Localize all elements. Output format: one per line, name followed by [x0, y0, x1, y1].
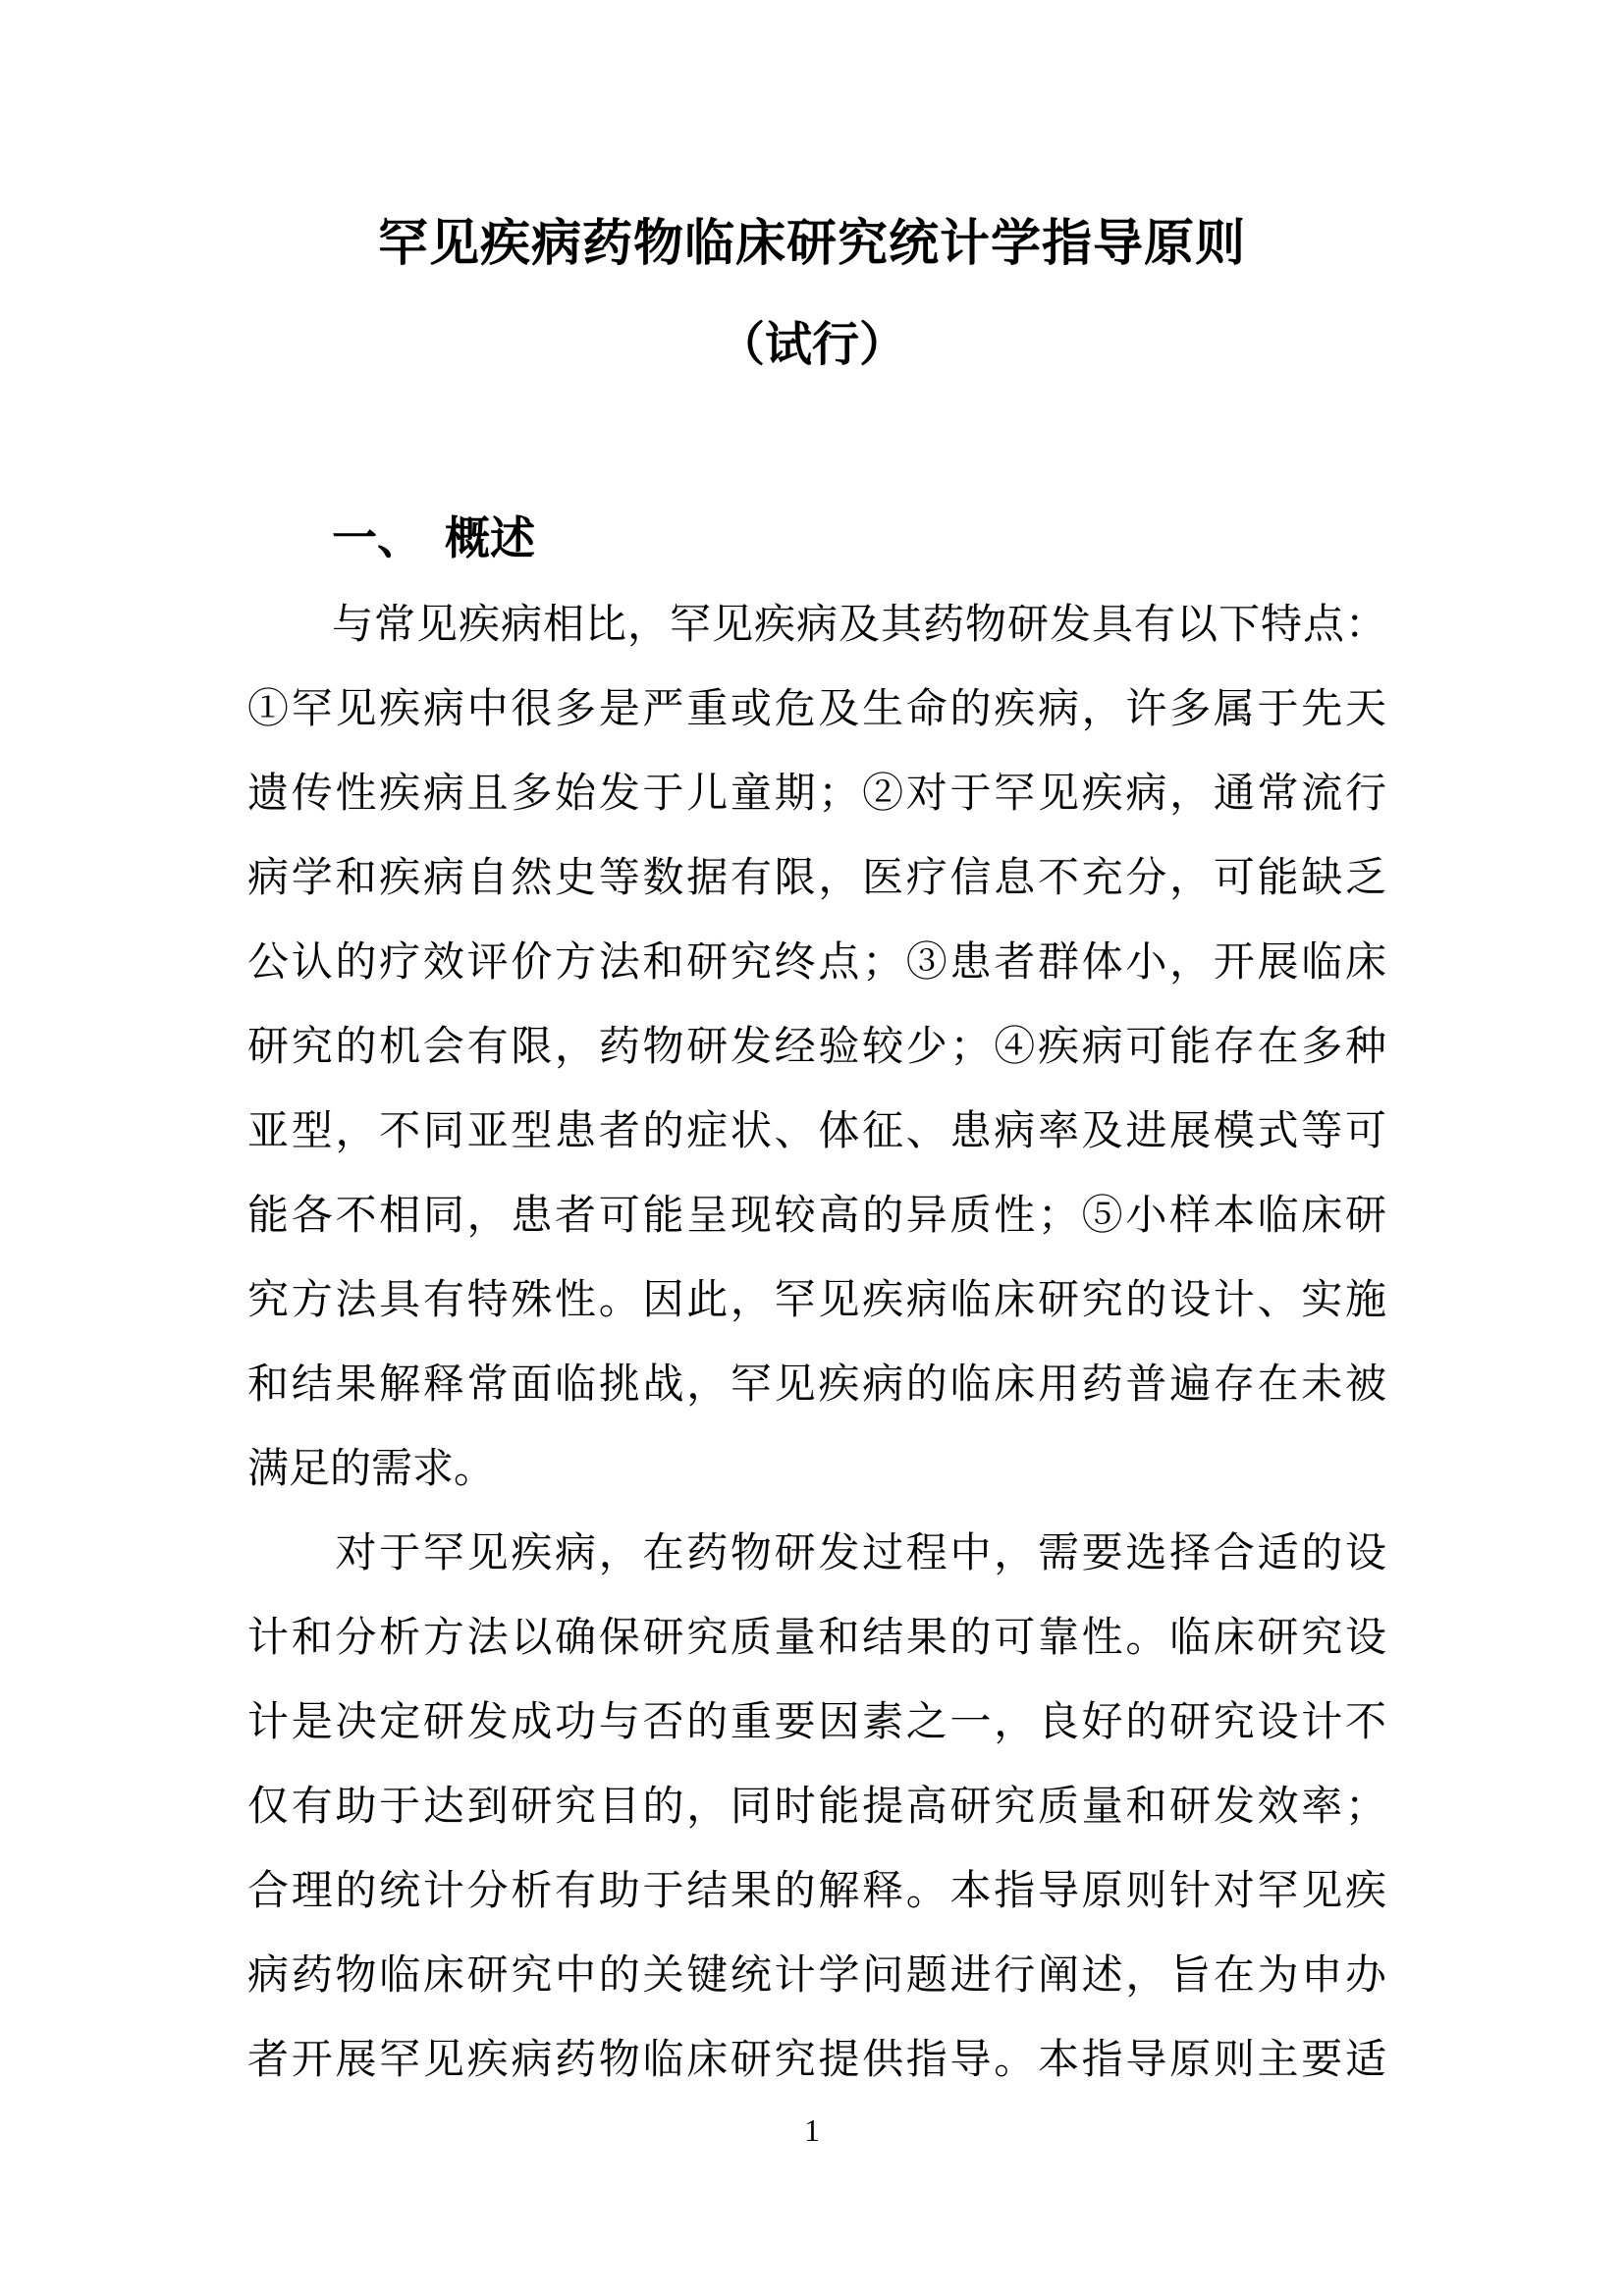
- text-line: 公认的疗效评价方法和研究终点；③患者群体小，开展临床: [247, 921, 1386, 1005]
- document-body: 一、 概述 与常见疾病相比，罕见疾病及其药物研发具有以下特点：①罕见疾病中很多是…: [247, 497, 1386, 2103]
- text-line: 计和分析方法以确保研究质量和结果的可靠性。临床研究设: [247, 1596, 1386, 1681]
- paragraph-overview-2: 对于罕见疾病，在药物研发过程中，需要选择合适的设计和分析方法以确保研究质量和结果…: [247, 1512, 1386, 2103]
- text-line: 病药物临床研究中的关键统计学问题进行阐述，旨在为申办: [247, 1934, 1386, 2018]
- paragraph-overview-1: 与常见疾病相比，罕见疾病及其药物研发具有以下特点：①罕见疾病中很多是严重或危及生…: [247, 583, 1386, 1512]
- text-line: 与常见疾病相比，罕见疾病及其药物研发具有以下特点：: [247, 583, 1386, 667]
- text-line: 究方法具有特殊性。因此，罕见疾病临床研究的设计、实施: [247, 1258, 1386, 1343]
- text-line: 能各不相同，患者可能呈现较高的异质性；⑤小样本临床研: [247, 1174, 1386, 1258]
- text-line: 者开展罕见疾病药物临床研究提供指导。本指导原则主要适: [247, 2018, 1386, 2103]
- document-title: 罕见疾病药物临床研究统计学指导原则: [0, 215, 1624, 274]
- document-subtitle: （试行）: [0, 318, 1624, 373]
- section-heading: 一、 概述: [332, 497, 1386, 581]
- text-line: 仅有助于达到研究目的，同时能提高研究质量和研发效率；: [247, 1765, 1386, 1849]
- text-line: ①罕见疾病中很多是严重或危及生命的疾病，许多属于先天: [247, 667, 1386, 752]
- page-number: 1: [0, 2107, 1624, 2154]
- text-line: 遗传性疾病且多始发于儿童期；②对于罕见疾病，通常流行: [247, 752, 1386, 836]
- text-line: 和结果解释常面临挑战，罕见疾病的临床用药普遍存在未被: [247, 1343, 1386, 1427]
- text-line: 满足的需求。: [247, 1427, 1386, 1512]
- text-line: 对于罕见疾病，在药物研发过程中，需要选择合适的设: [247, 1512, 1386, 1596]
- text-line: 亚型，不同亚型患者的症状、体征、患病率及进展模式等可: [247, 1090, 1386, 1174]
- text-line: 研究的机会有限，药物研发经验较少；④疾病可能存在多种: [247, 1005, 1386, 1090]
- document-page: 罕见疾病药物临床研究统计学指导原则 （试行） 一、 概述 与常见疾病相比，罕见疾…: [0, 0, 1624, 2296]
- text-line: 合理的统计分析有助于结果的解释。本指导原则针对罕见疾: [247, 1849, 1386, 1934]
- text-line: 病学和疾病自然史等数据有限，医疗信息不充分，可能缺乏: [247, 836, 1386, 921]
- text-line: 计是决定研发成功与否的重要因素之一，良好的研究设计不: [247, 1681, 1386, 1765]
